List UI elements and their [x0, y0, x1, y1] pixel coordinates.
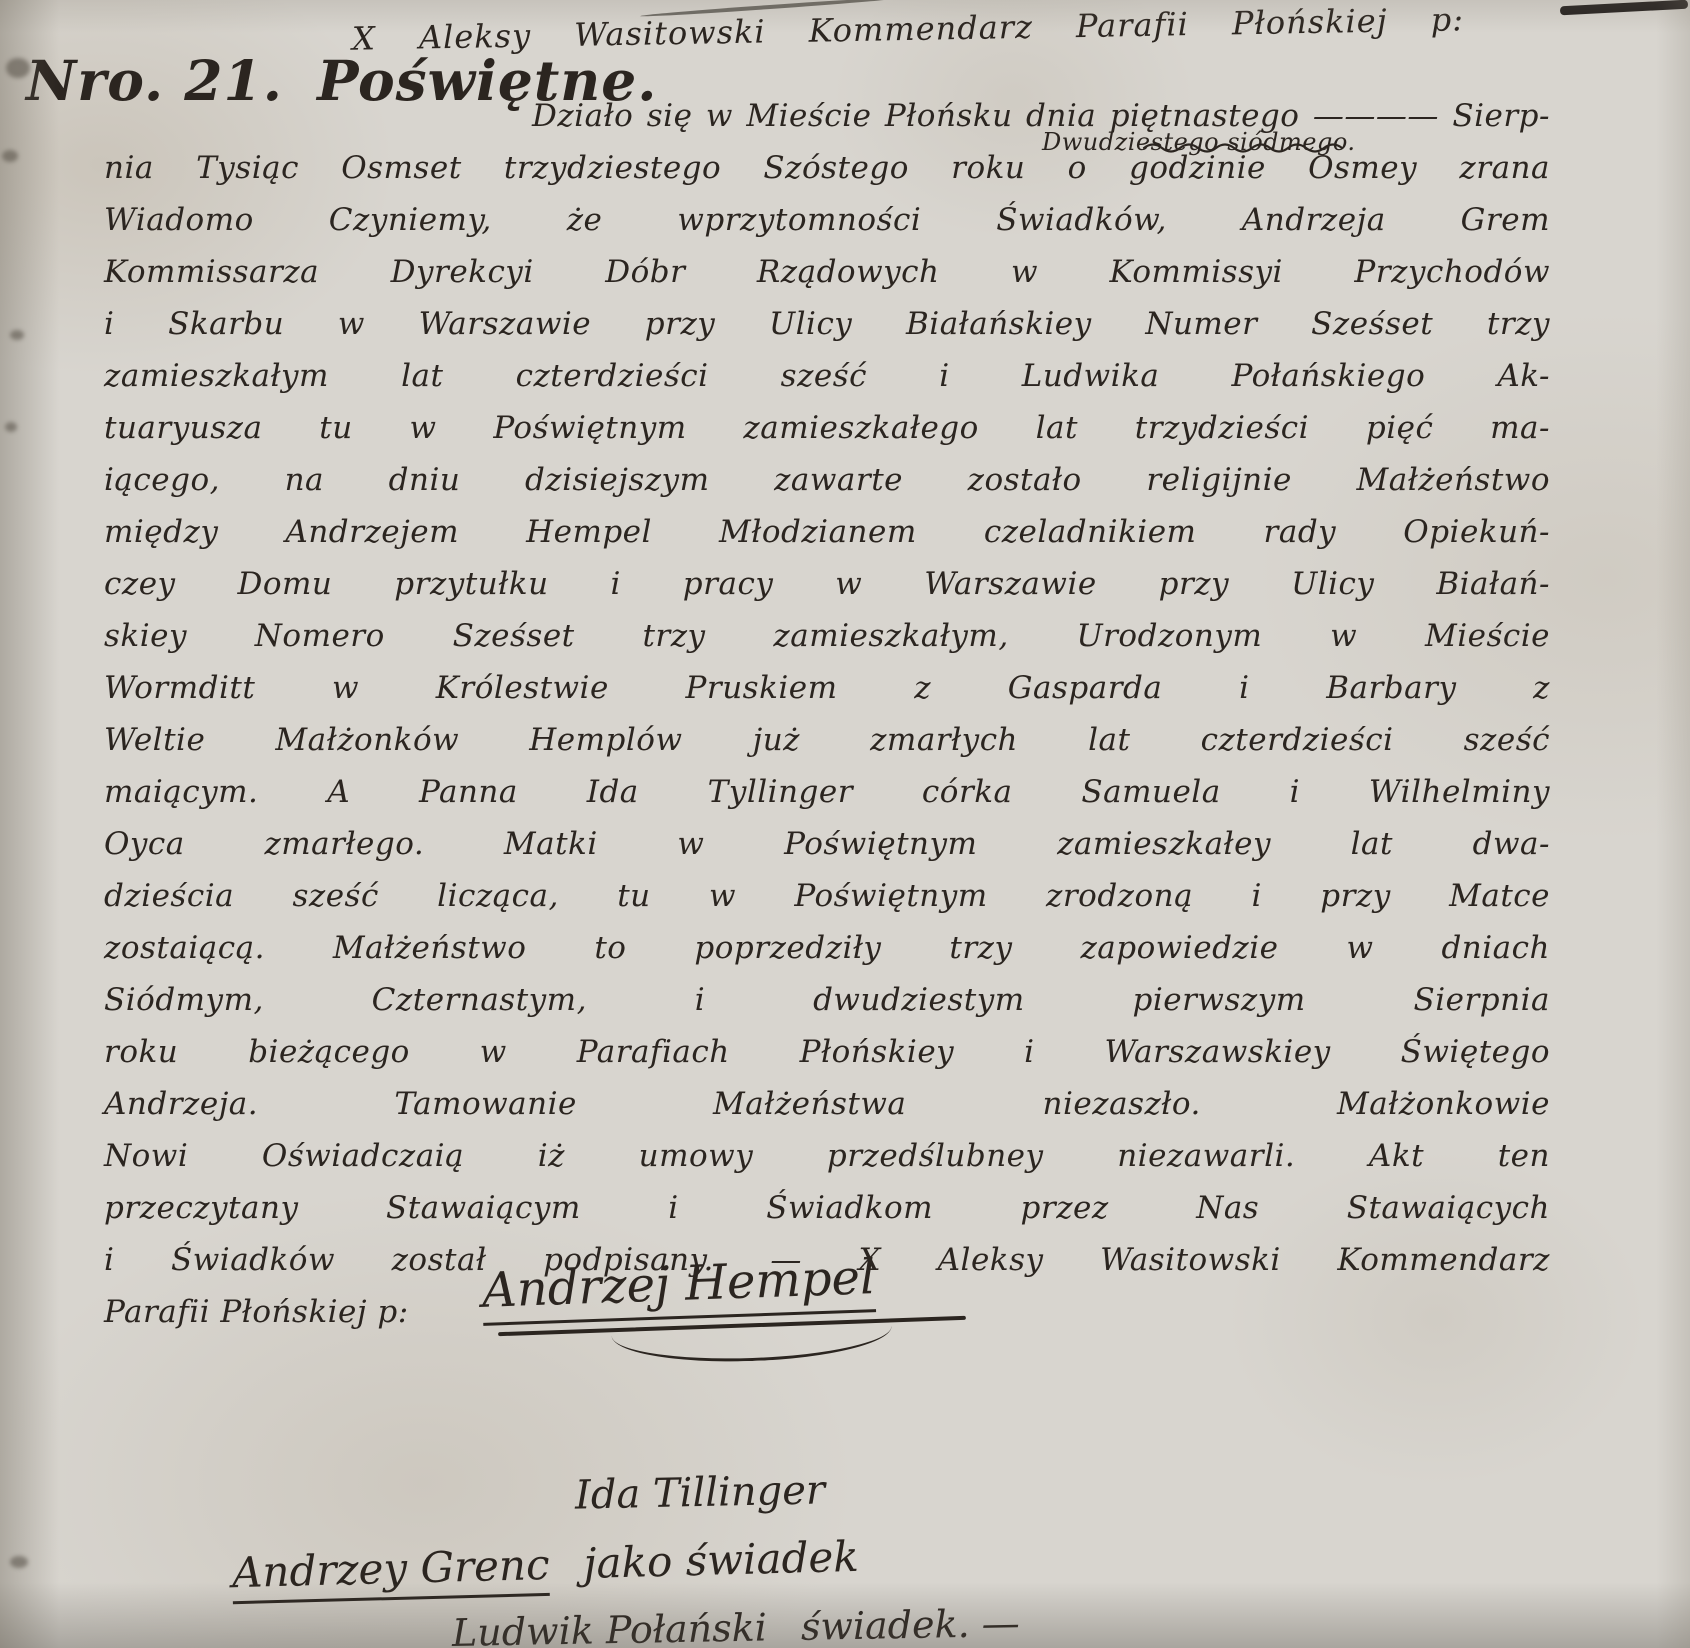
underline-squiggle — [1142, 140, 1352, 154]
record-text-line: zamieszkałym lat czterdzieści sześć i Lu… — [104, 350, 1550, 402]
ink-blot — [2, 150, 18, 162]
record-text-line: czey Domu przytułku i pracy w Warszawie … — [104, 558, 1550, 610]
signature-line: Andrzey Grencjako świadek — [231, 1532, 859, 1597]
ink-blot — [6, 58, 30, 78]
record-text-line: skiey Nomero Sześset trzy zamieszkałym, … — [104, 610, 1550, 662]
signature-role: świadek. — — [800, 1601, 1020, 1648]
record-text-line: zostaiącą. Małżeństwo to poprzedziły trz… — [104, 922, 1550, 974]
document-page: X Aleksy Wasitowski Kommendarz Parafii P… — [0, 0, 1690, 1648]
record-text-line: Nowi Oświadczaią iż umowy przedślubney n… — [104, 1130, 1550, 1182]
ink-blot — [10, 330, 24, 340]
record-text-line: Weltie Małżonków Hemplów już zmarłych la… — [104, 714, 1550, 766]
record-body: Działo się w Mieście Płońsku dnia piętna… — [104, 90, 1550, 1338]
ink-blot — [10, 1556, 28, 1568]
corner-ink-mark — [1560, 0, 1688, 15]
record-text-line: dzieścia sześć licząca, tu w Poświętnym … — [104, 870, 1550, 922]
signature-line: Ida Tillinger — [575, 1467, 826, 1518]
record-text-line: i Skarbu w Warszawie przy Ulicy Białańsk… — [104, 298, 1550, 350]
record-text-line: Kommissarza Dyrekcyi Dóbr Rządowych w Ko… — [104, 246, 1550, 298]
record-text-line: maiącym. A Panna Ida Tyllinger córka Sam… — [104, 766, 1550, 818]
signature-line: Ludwik Połańskiświadek. — — [452, 1601, 1020, 1648]
record-text-line: Andrzeja. Tamowanie Małżeństwa niezaszło… — [104, 1078, 1550, 1130]
signature-name: Ida Tillinger — [575, 1467, 826, 1518]
record-text-line: roku bieżącego w Parafiach Płońskiey i W… — [104, 1026, 1550, 1078]
signature-name: Andrzey Grenc — [231, 1540, 550, 1604]
record-text-line: iącego, na dniu dzisiejszym zawarte zost… — [104, 454, 1550, 506]
signature-name: Ludwik Połański — [452, 1605, 768, 1648]
record-text-line: tuaryusza tu w Poświętnym zamieszkałego … — [104, 402, 1550, 454]
record-text-line: między Andrzejem Hempel Młodzianem czela… — [104, 506, 1550, 558]
record-text-line: Oyca zmarłego. Matki w Poświętnym zamies… — [104, 818, 1550, 870]
record-text-line: Działo się w Mieście Płońsku dnia piętna… — [104, 90, 1550, 142]
record-text-line: przeczytany Stawaiącym i Świadkom przez … — [104, 1182, 1550, 1234]
signature-role: jako świadek — [583, 1532, 860, 1588]
record-text-line: Wiadomo Czyniemy, że wprzytomności Świad… — [104, 194, 1550, 246]
ink-blot — [5, 422, 17, 432]
record-text-line: Wormditt w Królestwie Pruskiem z Gaspard… — [104, 662, 1550, 714]
record-text-line: Siódmym, Czternastym, i dwudziestym pier… — [104, 974, 1550, 1026]
